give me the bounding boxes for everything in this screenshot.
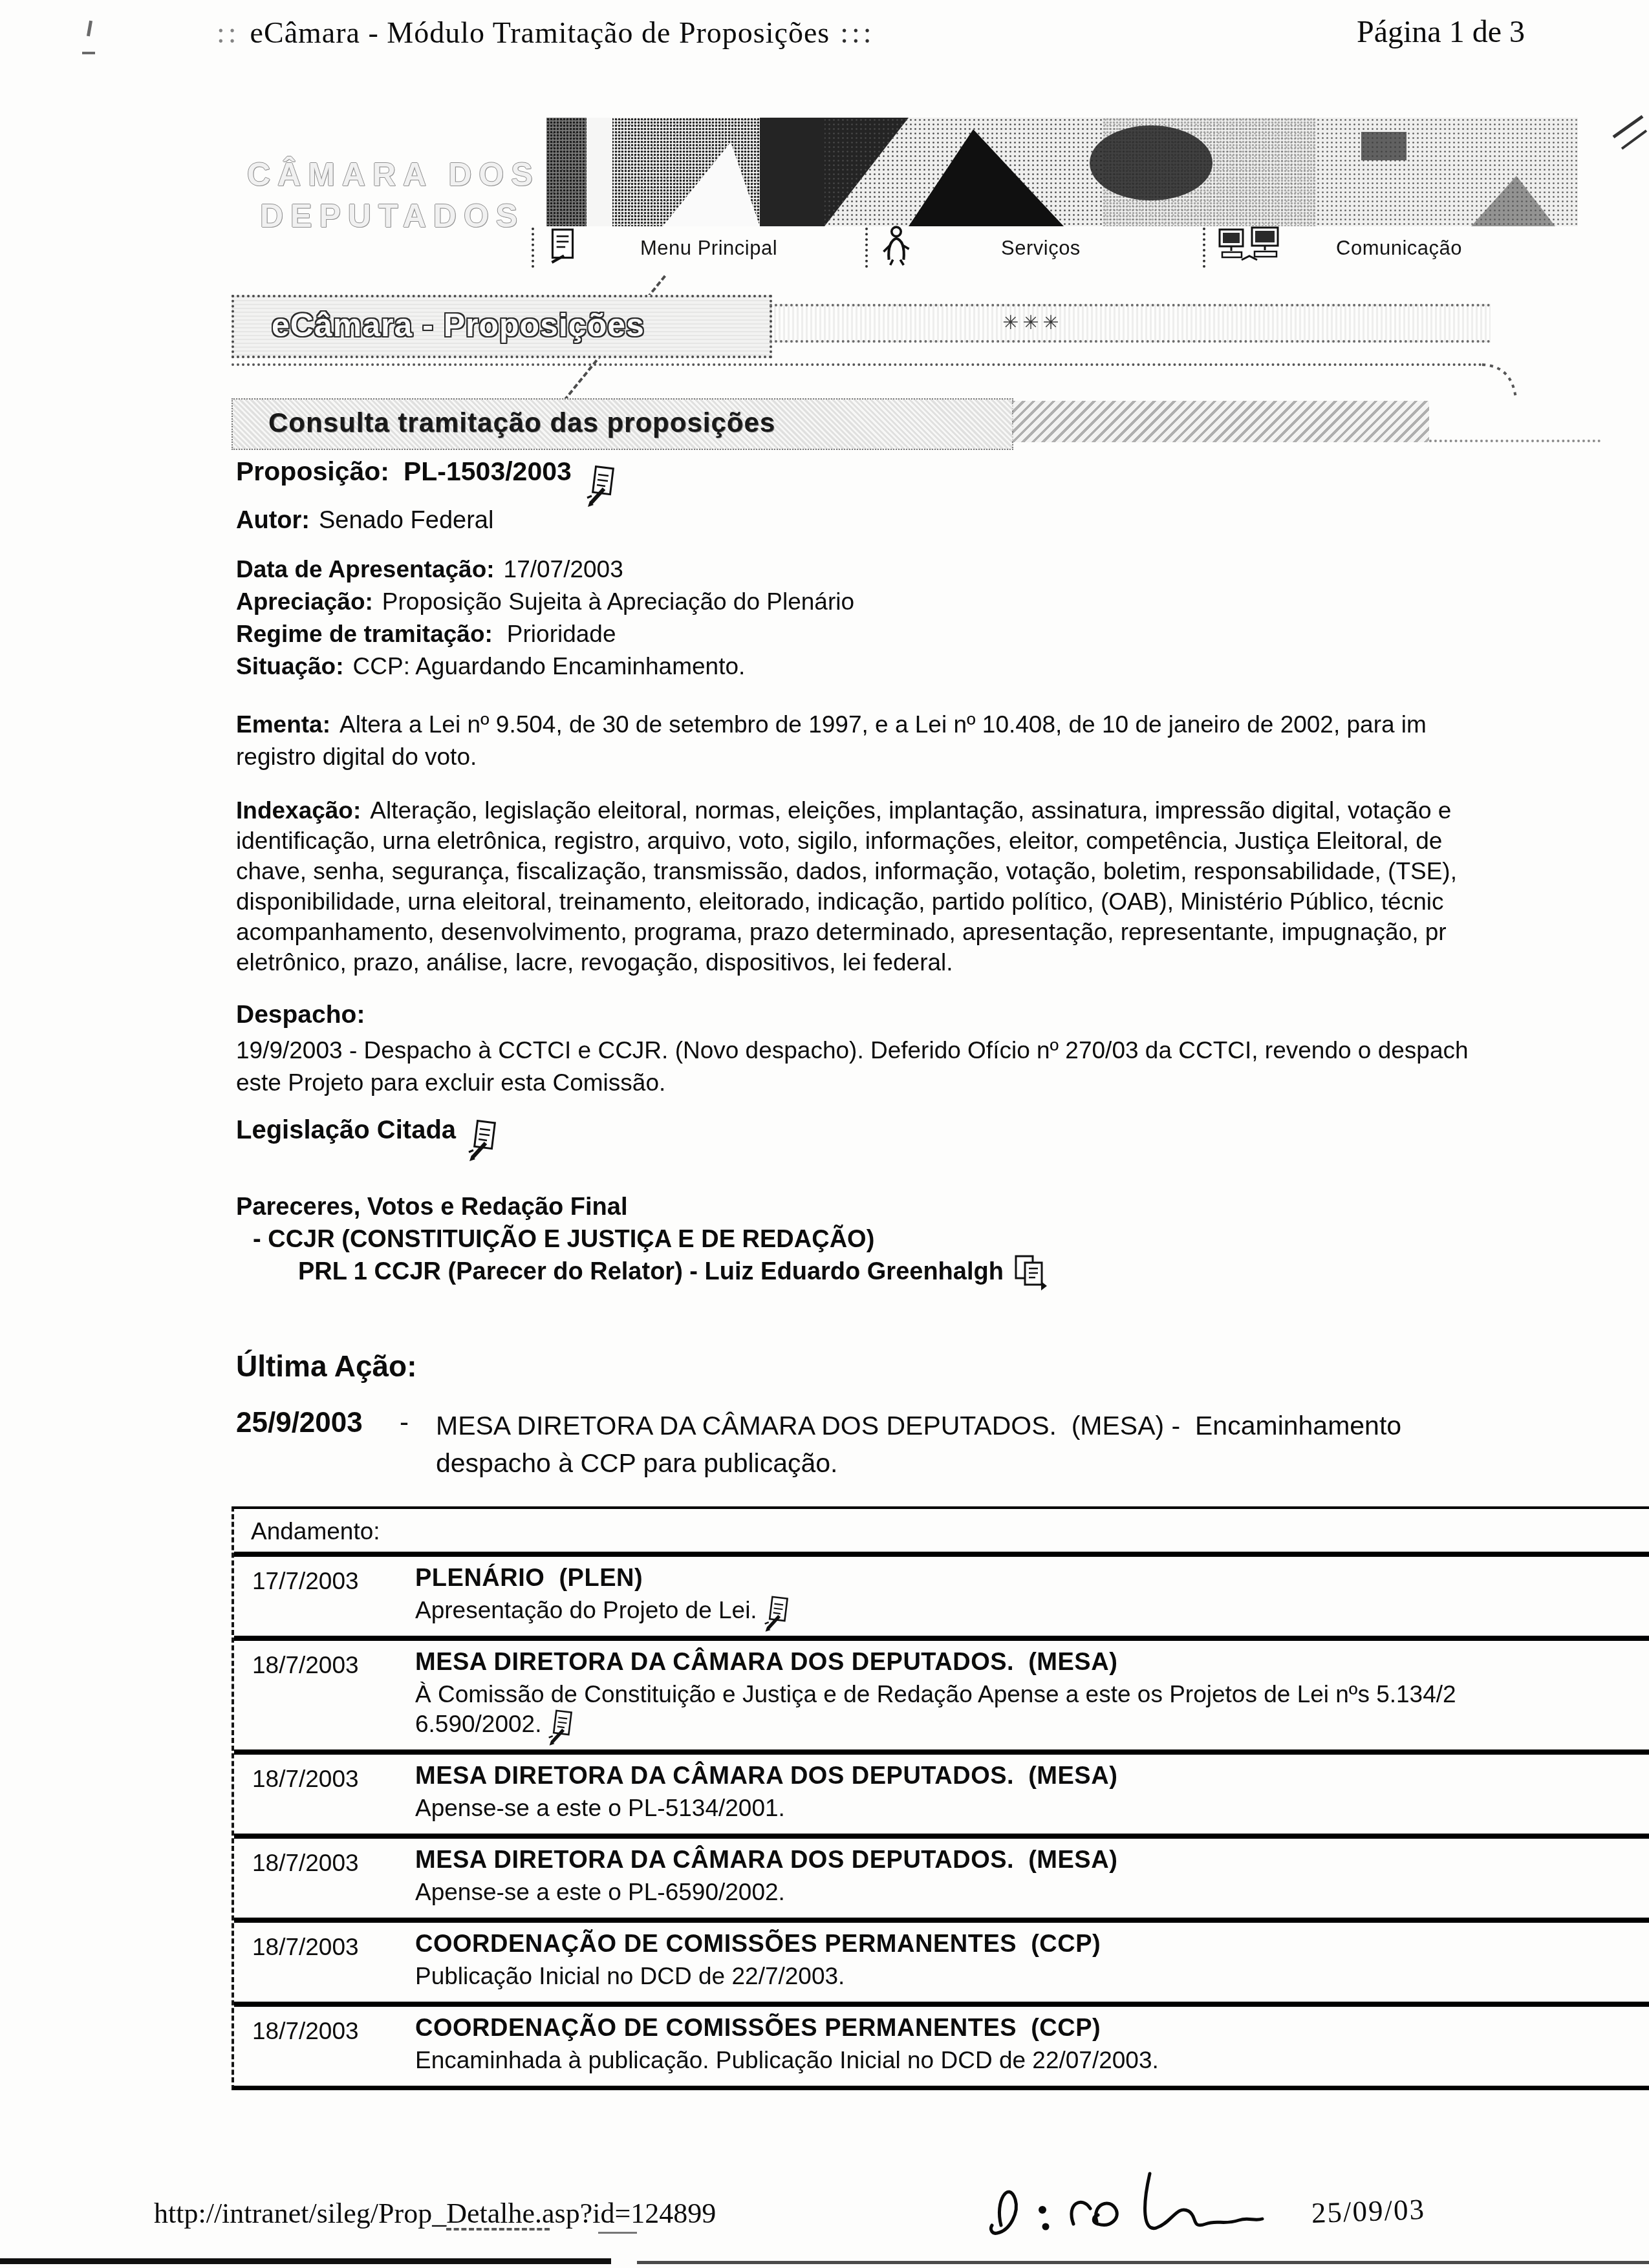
print-header: ::eCâmara - Módulo Tramitação de Proposi… (217, 16, 875, 50)
indexacao-label: Indexação: (236, 797, 361, 824)
ribbon-tail-marks: ✳✳✳ (770, 306, 1491, 334)
scanner-edge-band (637, 2261, 1649, 2264)
andamento-table: Andamento: 17/7/2003 PLENÁRIO (PLEN) Apr… (232, 1506, 1649, 2090)
document-pages-icon[interactable] (1013, 1253, 1048, 1290)
table-row: 18/7/2003 MESA DIRETORA DA CÂMARA DOS DE… (234, 1636, 1649, 1749)
print-header-prefix: :: (217, 16, 240, 49)
page-number: Página 1 de 3 (1357, 14, 1525, 50)
ultima-acao-entry: 25/9/2003 - MESA DIRETORA DA CÂMARA DOS … (236, 1407, 1649, 1482)
ementa-block: Ementa:Altera a Lei nº 9.504, de 30 de s… (236, 709, 1649, 773)
scan-artifact (446, 2228, 550, 2231)
pareceres-committee: - CCJR (CONSTITUIÇÃO E JUSTIÇA E DE REDA… (236, 1223, 1649, 1256)
ementa-text-line2: registro digital do voto. (236, 741, 1649, 773)
camara-dos-deputados-logo: CÂMARA DOS DEPUTADOS (247, 154, 540, 237)
proposition-label: Proposição: (236, 456, 389, 487)
menu-item-principal[interactable]: Menu Principal (640, 237, 777, 260)
proposition-number: PL-1503/2003 (404, 456, 572, 487)
author-value: Senado Federal (319, 507, 493, 534)
form-icon[interactable] (548, 228, 577, 265)
ribbon-primary-tail: ✳✳✳ (770, 304, 1491, 343)
menu-divider (532, 228, 534, 268)
document-edit-icon[interactable] (468, 1120, 496, 1162)
handwritten-signature (983, 2162, 1287, 2259)
metadata-fields: Data de Apresentação:17/07/2003 Apreciaç… (236, 553, 1649, 683)
ribbon-ecamara-proposicoes: eCâmara - Proposições (232, 295, 772, 358)
pareceres-item: PRL 1 CCJR (Parecer do Relator) - Luiz E… (236, 1256, 1649, 1288)
dotted-rule-hook (1481, 362, 1526, 402)
indexacao-block: Indexação:Alteração, legislação eleitora… (236, 795, 1649, 978)
menu-divider (865, 228, 868, 268)
field-apreciacao: Apreciação:Proposição Sujeita à Apreciaç… (236, 586, 1649, 618)
logo-line-1: CÂMARA DOS (247, 154, 540, 195)
author-line: Autor:Senado Federal (236, 507, 1649, 535)
logo-line-2: DEPUTADOS (247, 195, 540, 237)
footer-url: http://intranet/sileg/Prop_Detalhe.asp?i… (154, 2197, 716, 2230)
document-edit-icon[interactable] (548, 1709, 572, 1747)
computers-icon[interactable] (1218, 226, 1280, 265)
ultima-acao-date: 25/9/2003 (236, 1407, 388, 1439)
scan-artifact (82, 52, 95, 54)
ribbon-secondary-tail (1012, 401, 1429, 442)
table-row: 18/7/2003 COORDENAÇÃO DE COMISSÕES PERMA… (234, 2002, 1649, 2086)
scan-artifact (598, 2232, 637, 2234)
scanned-document-page: ::eCâmara - Módulo Tramitação de Proposi… (0, 0, 1649, 2268)
print-header-suffix: ::: (840, 16, 874, 49)
pareceres-block: Pareceres, Votos e Redação Final - CCJR … (236, 1191, 1649, 1288)
handwritten-date: 25/09/03 (1311, 2192, 1426, 2230)
scanner-edge-band (0, 2258, 611, 2264)
ultima-acao-text: MESA DIRETORA DA CÂMARA DOS DEPUTADOS. (… (436, 1407, 1568, 1482)
banner-photo-collage (546, 118, 1578, 226)
print-header-title: eCâmara - Módulo Tramitação de Proposiçõ… (250, 16, 830, 49)
field-data-apresentacao: Data de Apresentação:17/07/2003 (236, 553, 1649, 586)
table-row: 18/7/2003 COORDENAÇÃO DE COMISSÕES PERMA… (234, 1918, 1649, 2002)
document-edit-icon[interactable] (764, 1596, 788, 1633)
table-row: 17/7/2003 PLENÁRIO (PLEN) Apresentação d… (234, 1552, 1649, 1636)
menu-divider (1203, 228, 1205, 268)
pencil-stroke-marks (1578, 111, 1649, 169)
ementa-text-line1: Altera a Lei nº 9.504, de 30 de setembro… (339, 711, 1427, 738)
menu-item-comunicacao[interactable]: Comunicação (1336, 237, 1462, 260)
ribbon-secondary-tail-line (1429, 440, 1600, 442)
ribbon-secondary-label: Consulta tramitação das proposições (233, 400, 1012, 446)
author-label: Autor: (236, 507, 310, 534)
document-edit-icon[interactable] (586, 465, 614, 508)
legislacao-label: Legislação Citada (236, 1116, 456, 1145)
despacho-text: 19/9/2003 - Despacho à CCTCI e CCJR. (No… (236, 1034, 1649, 1099)
table-row: 18/7/2003 MESA DIRETORA DA CÂMARA DOS DE… (234, 1749, 1649, 1834)
dotted-rule (232, 363, 1483, 366)
ribbon-consulta-tramitacao: Consulta tramitação das proposições (232, 398, 1013, 450)
table-row: 18/7/2003 MESA DIRETORA DA CÂMARA DOS DE… (234, 1834, 1649, 1918)
proposition-headline: Proposição: PL-1503/2003 (236, 456, 1649, 508)
scan-artifact (87, 21, 92, 37)
legislacao-citada: Legislação Citada (236, 1116, 1649, 1162)
ultima-acao-title: Última Ação: (236, 1349, 1649, 1384)
ementa-label: Ementa: (236, 711, 330, 738)
ribbon-primary-label: eCâmara - Proposições (234, 297, 770, 353)
menu-item-servicos[interactable]: Serviços (1001, 237, 1081, 260)
field-situacao: Situação:CCP: Aguardando Encaminhamento. (236, 650, 1649, 683)
field-regime: Regime de tramitação:Prioridade (236, 618, 1649, 650)
despacho-label: Despacho: (236, 1001, 1649, 1029)
person-icon[interactable] (879, 225, 913, 266)
pareceres-title: Pareceres, Votos e Redação Final (236, 1191, 1649, 1223)
andamento-header: Andamento: (234, 1509, 1649, 1552)
ultima-acao-separator: - (400, 1407, 409, 1438)
